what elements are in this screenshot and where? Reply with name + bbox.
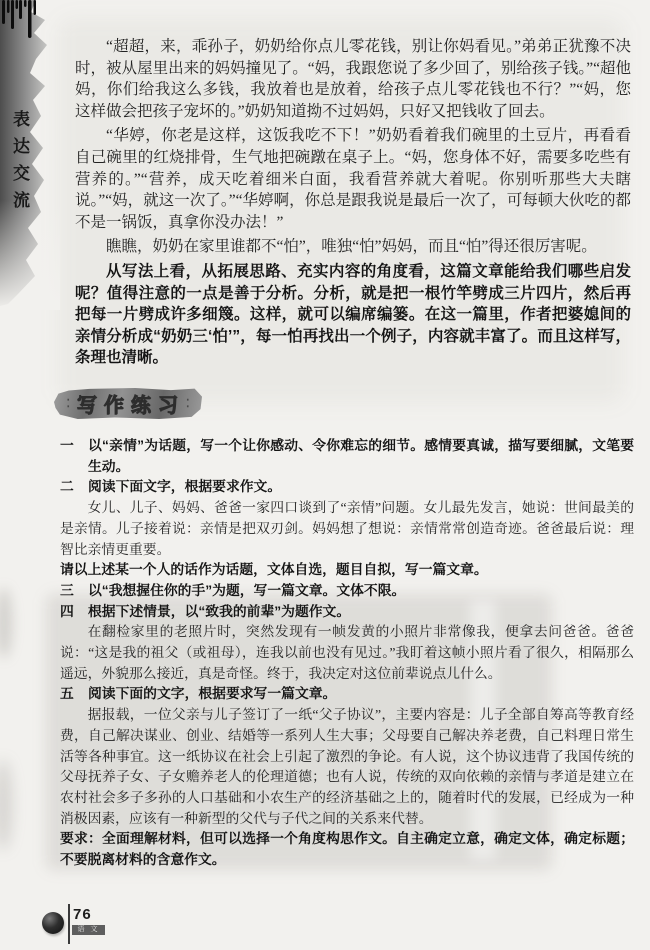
story-paragraph-1: “超超，来，乖孙子，奶奶给你点儿零花钱，别让你妈看见。”弟弟正犹豫不决时，被从屋…: [75, 36, 631, 122]
exercise-number: 一: [60, 436, 88, 477]
exercise-requirement: 要求：全面理解材料，但可以选择一个角度构思作文。自主确定立意，确定文体，确定标题…: [60, 829, 634, 870]
exercise-item: 五 阅读下面的文字，根据要求写一篇文章。 据报载，一位父亲与儿子签订了一纸“父子…: [60, 684, 634, 870]
scan-smudge: [0, 760, 12, 850]
deco-dots-icon: ⁚: [186, 397, 190, 410]
sidebar-title: 表达交流: [7, 110, 32, 218]
exercise-item: 一 以“亲情”为话题，写一个让你感动、令你难忘的细节。感情要真诚，描写要细腻，文…: [60, 436, 634, 477]
scan-smudge: [0, 588, 12, 658]
exercise-number: 三: [60, 581, 88, 602]
commentary-paragraph: 从写法上看，从拓展思路、充实内容的角度看，这篇文章能给我们哪些启发呢？值得注意的…: [75, 261, 631, 369]
footer-divider: [68, 904, 70, 944]
exercise-number: 五: [60, 684, 88, 705]
reading-section: “超超，来，乖孙子，奶奶给你点儿零花钱，别让你妈看见。”弟弟正犹豫不决时，被从屋…: [75, 36, 631, 372]
textbook-page: 表达交流 “超超，来，乖孙子，奶奶给你点儿零花钱，别让你妈看见。”弟弟正犹豫不决…: [0, 0, 650, 950]
story-paragraph-3: 瞧瞧，奶奶在家里谁都不“怕”，唯独“怕”妈妈，而且“怕”得还很厉害呢。: [75, 236, 631, 258]
subject-badge: 语 文: [72, 925, 105, 935]
story-paragraph-2: “华婷，你老是这样，这饭我吃不下！”奶奶看着我们碗里的土豆片，再看看自己碗里的红…: [75, 125, 631, 233]
section-title: 写作练习: [71, 389, 185, 418]
exercise-text: 根据下述情景，以“致我的前辈”为题作文。: [88, 602, 634, 623]
exercise-subtext: 在翻检家里的老照片时，突然发现有一帧发黄的小照片非常像我，便拿去问爸爸。爸爸说：…: [60, 622, 634, 684]
exercise-subtext: 据报载，一位父亲与儿子签订了一纸“父子协议”，主要内容是：儿子全部自筹高等教育经…: [60, 705, 634, 829]
exercise-instruction: 请以上述某一个人的话作为话题，文体自选，题目自拟，写一篇文章。: [60, 560, 634, 581]
exercise-number: 二: [60, 477, 88, 498]
exercise-text: 阅读下面的文字，根据要求写一篇文章。: [88, 684, 634, 705]
exercise-text: 以“亲情”为话题，写一个让你感动、令你难忘的细节。感情要真诚，描写要细腻，文笔要…: [88, 436, 634, 477]
page-number: 76: [73, 906, 92, 923]
section-header-plank: ⁚ 写作练习 ⁚: [54, 388, 202, 419]
exercise-number: 四: [60, 602, 88, 623]
exercise-item: 二 阅读下面文字，根据要求作文。 女儿、儿子、妈妈、爸爸一家四口谈到了“亲情”问…: [60, 477, 634, 581]
exercise-text: 阅读下面文字，根据要求作文。: [88, 477, 634, 498]
exercise-text: 以“我想握住你的手”为题，写一篇文章。文体不限。: [88, 581, 634, 602]
page-marker-ball-icon: [42, 912, 64, 934]
exercise-list: 一 以“亲情”为话题，写一个让你感动、令你难忘的细节。感情要真诚，描写要细腻，文…: [60, 436, 634, 871]
exercise-item: 三 以“我想握住你的手”为题，写一篇文章。文体不限。: [60, 581, 634, 602]
exercise-subtext: 女儿、儿子、妈妈、爸爸一家四口谈到了“亲情”问题。女儿最先发言，她说：世间最美的…: [60, 498, 634, 560]
deco-dots-icon: ⁚: [67, 397, 71, 410]
exercise-item: 四 根据下述情景，以“致我的前辈”为题作文。 在翻检家里的老照片时，突然发现有一…: [60, 602, 634, 685]
